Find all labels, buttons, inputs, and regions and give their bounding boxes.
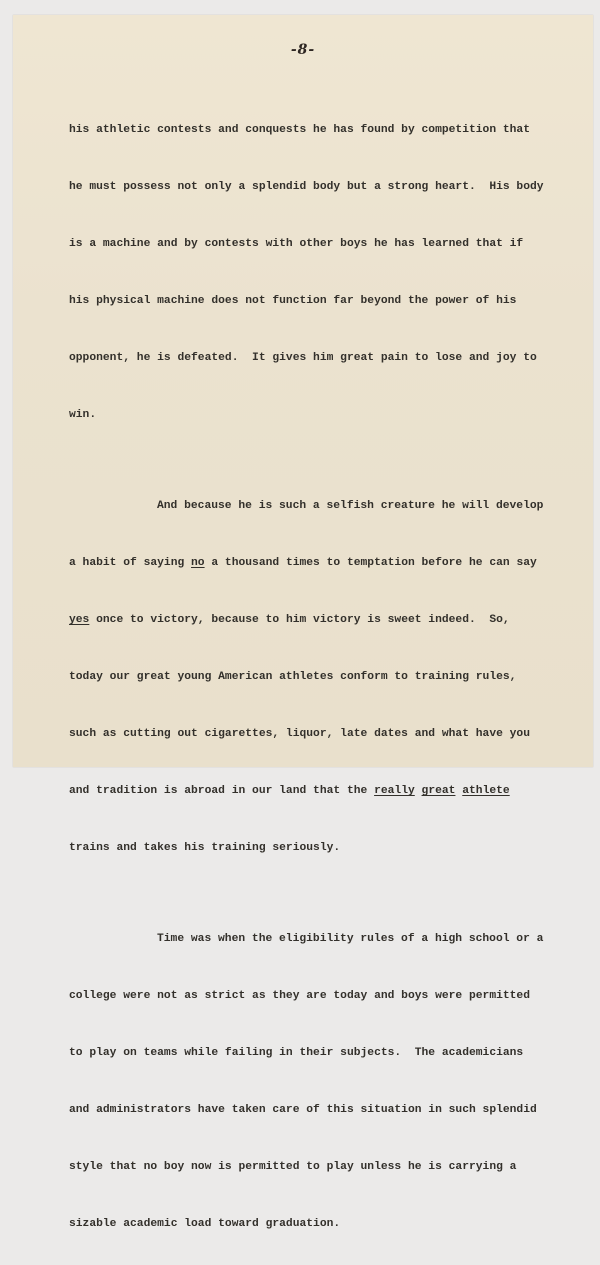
page-number: -8- xyxy=(13,42,593,58)
underlined-word-no: no xyxy=(191,557,205,569)
text-line: and tradition is abroad in our land that… xyxy=(69,775,589,782)
text-line: yes once to victory, because to him vict… xyxy=(69,604,589,637)
text-line: opponent, he is defeated. It gives him g… xyxy=(69,342,589,375)
text-line: a habit of saying no a thousand times to… xyxy=(69,547,589,580)
typewritten-body: his athletic contests and conquests he h… xyxy=(69,78,589,782)
text-line: win. xyxy=(69,399,589,432)
document-page: -8- his athletic contests and conquests … xyxy=(13,15,593,767)
text-line: such as cutting out cigarettes, liquor, … xyxy=(69,718,589,751)
text-line: he must possess not only a splendid body… xyxy=(69,171,589,204)
text-line: is a machine and by contests with other … xyxy=(69,228,589,261)
text-line: today our great young American athletes … xyxy=(69,661,589,694)
text-line: his athletic contests and conquests he h… xyxy=(69,114,589,147)
text-line: his physical machine does not function f… xyxy=(69,285,589,318)
underlined-word-yes: yes xyxy=(69,614,89,626)
text-line: And because he is such a selfish creatur… xyxy=(69,490,589,523)
